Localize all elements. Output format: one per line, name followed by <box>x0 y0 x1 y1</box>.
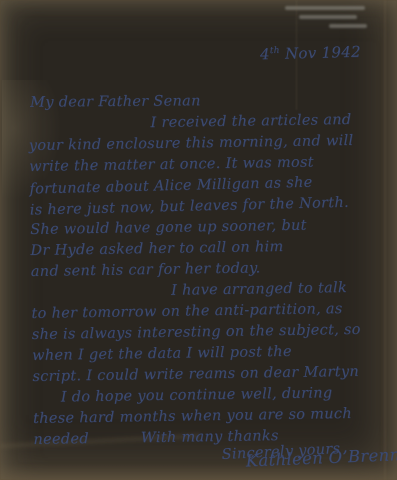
letterhead-stamp-line <box>299 15 357 19</box>
letter-photo: 4th Nov 1942 My dear Father Senan I rece… <box>0 0 397 480</box>
date-rest: Nov 1942 <box>280 43 361 63</box>
letter-greeting: My dear Father Senan <box>30 90 386 114</box>
closing-needed: needed <box>33 431 89 448</box>
letter-date: 4th Nov 1942 <box>260 43 361 64</box>
date-ordinal: th <box>270 46 280 56</box>
date-day: 4 <box>260 45 270 63</box>
letterhead-stamp-icon <box>279 6 365 28</box>
letterhead-stamp-line <box>329 24 367 28</box>
letter-body: My dear Father Senan I received the arti… <box>28 88 392 473</box>
